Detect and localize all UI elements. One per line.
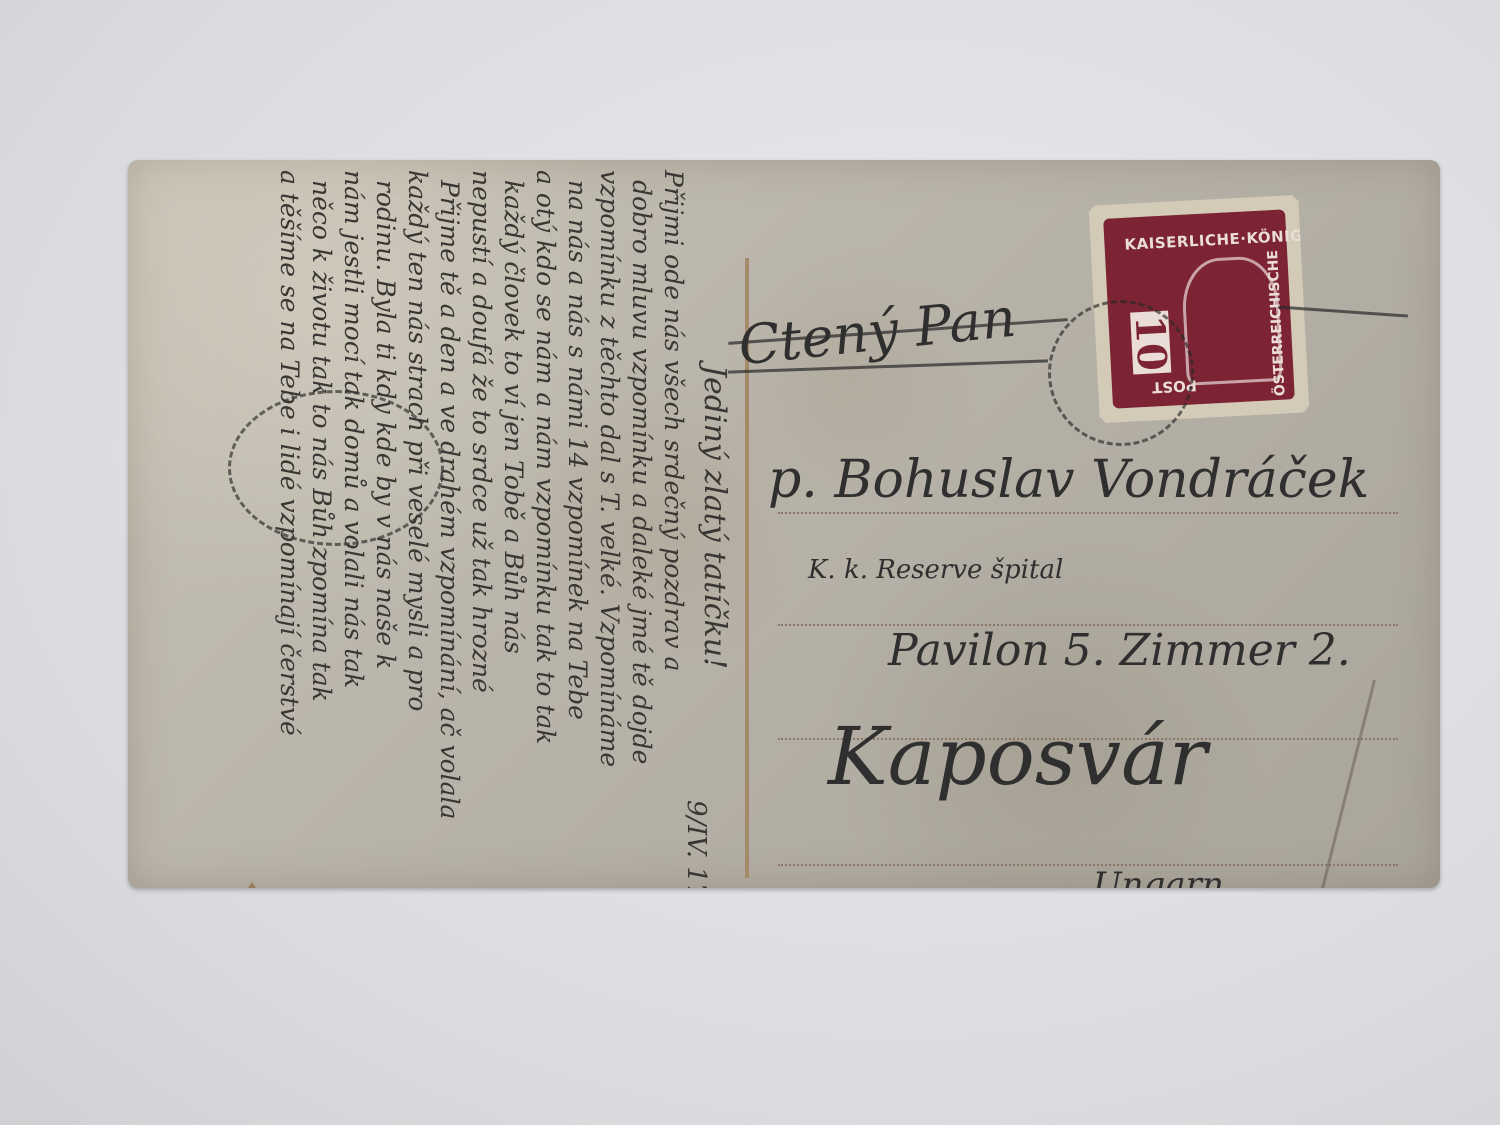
message-line: dobro mluvu vzpomínku a daleké jmé tě do…: [627, 180, 656, 764]
message-line: rodinu. Byla ti kdy kde by v nás naše k: [371, 180, 400, 669]
address-line: [778, 864, 1398, 866]
postmark: [1048, 300, 1194, 446]
message-line: nám jestli mocí tak domů a volali nás ta…: [339, 170, 368, 688]
message-line: Přijme tě a den a ve drahém vzpomínání, …: [435, 180, 464, 819]
message-line: na nás a nás s námi 14 vzpomínek na Tebe: [563, 180, 592, 720]
message-line: něco k životu tak to nás Bůh zpomína tak: [307, 180, 336, 702]
address-ward: Pavilon 5. Zimmer 2.: [888, 625, 1351, 676]
message-greeting: Jediný zlatý tatíčku!: [697, 365, 732, 669]
message-line: vzpomínku z těchto dal s T. velké. Vzpom…: [595, 170, 624, 767]
publisher-logo-icon: [226, 882, 278, 888]
message-line: každý ten nás strach při veselé mysli a …: [403, 170, 432, 711]
card-crease: [1310, 680, 1376, 888]
postcard: KAISERLICHE·KÖNIGLICHE 10 ÖSTERREICHISCH…: [128, 160, 1440, 888]
message-line: každý človek to ví jen Tobě a Bůh nás: [499, 180, 528, 654]
stamp-top-text: KAISERLICHE·KÖNIGLICHE: [1124, 228, 1277, 254]
message-line: a těšíme se na Tebe i lidé vzpomínají če…: [275, 170, 304, 736]
message-line: nepustí a doufá že to srdce už tak hrozn…: [467, 170, 496, 693]
address-city: Kaposvár: [828, 710, 1207, 803]
message-line: a otý kdo se nám a nám vzpomínku tak to …: [531, 170, 560, 744]
address-name: p. Bohuslav Vondráček: [768, 450, 1369, 510]
address-country: Ungarn: [1093, 865, 1224, 888]
address-line: [778, 512, 1398, 514]
message-date: 9/IV. 17: [681, 800, 711, 888]
message-line: Přijmi ode nás všech srdečný pozdrav a: [659, 170, 688, 671]
address-institution: K. k. Reserve špital: [808, 555, 1063, 585]
